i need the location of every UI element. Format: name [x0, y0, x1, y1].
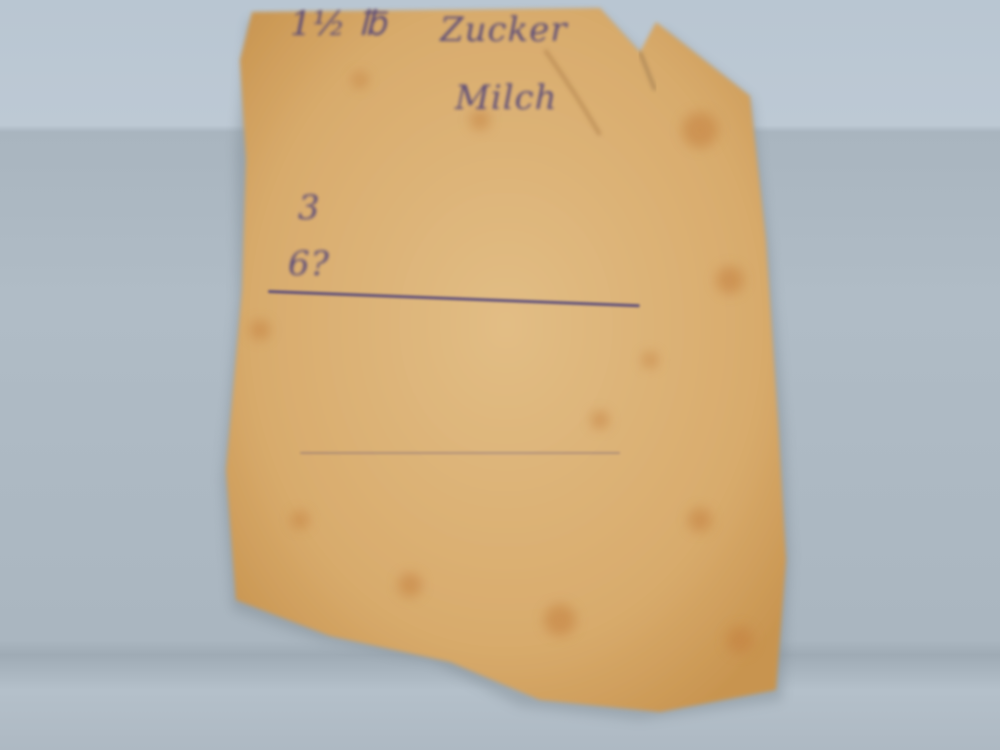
note-line-1-qty: 1½ ℔	[290, 4, 387, 44]
note-line-1-item: Zucker	[440, 10, 568, 50]
note-line-2-item: Milch	[455, 78, 558, 118]
note-line-4-qty: 3	[298, 188, 321, 228]
faint-rule	[300, 452, 620, 454]
note-line-5-qty: 6?	[288, 244, 330, 284]
